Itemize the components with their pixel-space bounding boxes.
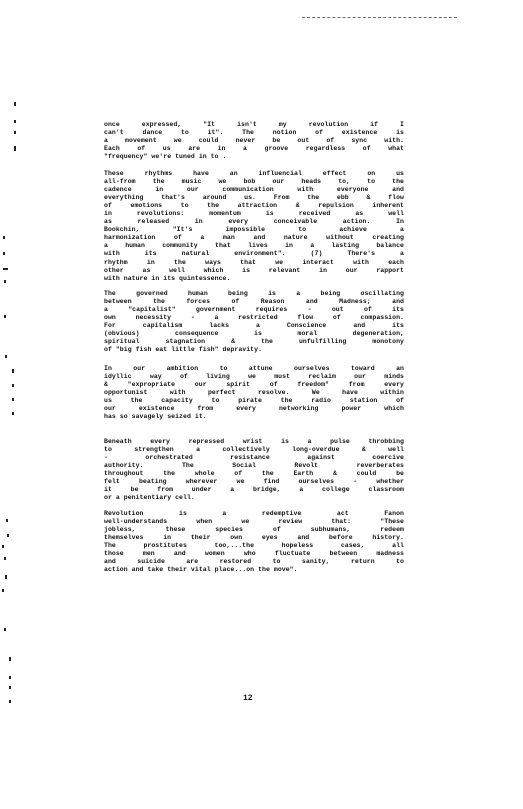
paragraph: Revolution is a redemptive act Fanonwell…: [104, 510, 404, 574]
text-line: all-from the music we bob our heads to, …: [104, 178, 404, 186]
scan-margin-speck: [5, 575, 7, 579]
text-line: those men and women who fluctuate betwee…: [104, 550, 404, 558]
text-line: once expressed, "It isn't my revolution …: [104, 121, 404, 129]
text-line: (obvious) consequence is moral degenerat…: [104, 330, 404, 338]
text-line: it be from under a bridge, a college cla…: [104, 486, 404, 494]
text-line: "frequency" we're tuned in to .: [104, 153, 404, 161]
scan-margin-speck: [9, 686, 11, 689]
scan-margin-speck: [12, 384, 14, 387]
text-line: with its natural environment". (7) There…: [104, 250, 404, 258]
scan-margin-speck: [4, 315, 6, 318]
paragraph: once expressed, "It isn't my revolution …: [104, 121, 404, 161]
scan-margin-speck: [4, 280, 6, 283]
text-line: can't dance to it". The notion of existe…: [104, 129, 404, 137]
text-line: felt beating wherever we find ourselves …: [104, 478, 404, 486]
text-line: & "expropriate our spirit of freedom" fr…: [104, 381, 404, 389]
text-line: as released in every conceivable action.…: [104, 218, 404, 226]
text-line: rhythm in the ways that we interact with…: [104, 259, 404, 267]
text-line: and suicide are restored to sanity, retu…: [104, 558, 404, 566]
text-line: cadence in our communication with everyo…: [104, 186, 404, 194]
text-line: Each of us are in a groove regardless of…: [104, 145, 404, 153]
text-line: opportunist with perfect resolve. We hav…: [104, 389, 404, 397]
text-line: other as well which is relevant in our r…: [104, 267, 404, 275]
scan-margin-speck: [12, 412, 14, 415]
text-line: Revolution is a redemptive act Fanon: [104, 510, 404, 518]
text-line: For capitalism lacks a Conscience and it…: [104, 322, 404, 330]
text-line: everything that's around us. From the eb…: [104, 194, 404, 202]
text-line: well-understands when we review that: "T…: [104, 518, 404, 526]
scan-margin-speck: [9, 676, 11, 679]
scan-margin-speck: [12, 369, 14, 373]
scan-top-dotted-rule: [302, 17, 457, 18]
text-line: The governed human being is a being osci…: [104, 290, 404, 298]
text-line: in revolutions: momentum is received as …: [104, 210, 404, 218]
text-line: idyllic way of living we must reclaim ou…: [104, 373, 404, 381]
text-line: has so savagely seized it.: [104, 413, 404, 421]
paragraph: In our ambition to attune ourselves towa…: [104, 365, 404, 421]
scan-margin-speck: [2, 589, 4, 592]
scan-margin-speck: [3, 252, 5, 255]
text-line: a human community that lives in a lastin…: [104, 242, 404, 250]
text-line: a "capitalist" government requires - out…: [104, 306, 404, 314]
paragraph: These rhythms have an influencial effect…: [104, 170, 404, 283]
text-line: authority. The Social Revolt reverberate…: [104, 462, 404, 470]
scan-margin-speck: [6, 519, 8, 522]
text-line: action and take their vital place...on t…: [104, 566, 404, 574]
text-line: of emotions to the attraction & repulsio…: [104, 202, 404, 210]
scan-margin-speck: [14, 102, 16, 106]
scan-margin-speck: [14, 131, 16, 134]
scan-margin-speck: [7, 534, 9, 537]
text-line: a movement we could never be out of sync…: [104, 137, 404, 145]
text-line: own necessity - a restricted flow of com…: [104, 314, 404, 322]
text-line: Beneath every repressed wrist is a pulse…: [104, 438, 404, 446]
text-line: throughout the whole of the Earth & coul…: [104, 470, 404, 478]
scan-margin-speck: [12, 398, 14, 401]
text-line: or a penitentiary cell.: [104, 494, 404, 502]
scan-margin-speck: [4, 628, 6, 631]
text-line: us the capacity to pirate the radio stat…: [104, 397, 404, 405]
scan-margin-speck: [14, 120, 16, 123]
page-number: 12: [243, 694, 253, 703]
text-line: between the forces of Reason and Madness…: [104, 298, 404, 306]
text-line: These rhythms have an influencial effect…: [104, 170, 404, 178]
scan-margin-speck: [5, 355, 7, 358]
text-line: spiritual stagnation & the unfulfilling …: [104, 338, 404, 346]
text-line: with nature in its quintessence.: [104, 275, 404, 283]
scan-margin-speck: [3, 236, 5, 239]
text-line: In our ambition to attune ourselves towa…: [104, 365, 404, 373]
text-line: to strengthen a collectively long-overdu…: [104, 446, 404, 454]
paragraph: The governed human being is a being osci…: [104, 290, 404, 354]
text-line: jobless, these species of subhumans, red…: [104, 526, 404, 534]
text-line: Bookchin, "It's impossible to achieve a: [104, 226, 404, 234]
text-line: - orchestrated resistance against coerci…: [104, 454, 404, 462]
scan-margin-speck: [9, 700, 11, 703]
scan-margin-speck: [4, 557, 6, 560]
text-line: themselves in their own eyes and before …: [104, 534, 404, 542]
scan-margin-speck: [2, 545, 4, 548]
scan-margin-speck: [9, 657, 11, 661]
paragraph: Beneath every repressed wrist is a pulse…: [104, 438, 404, 502]
text-line: harmonization of a man and nature withou…: [104, 234, 404, 242]
text-line: The prostitutes too,...the hopeless case…: [104, 542, 404, 550]
text-line: of "big fish eat little fish" depravity.: [104, 346, 404, 354]
scan-margin-speck: [3, 268, 8, 270]
text-line: our existence from every networking powe…: [104, 405, 404, 413]
scan-margin-speck: [14, 146, 16, 151]
